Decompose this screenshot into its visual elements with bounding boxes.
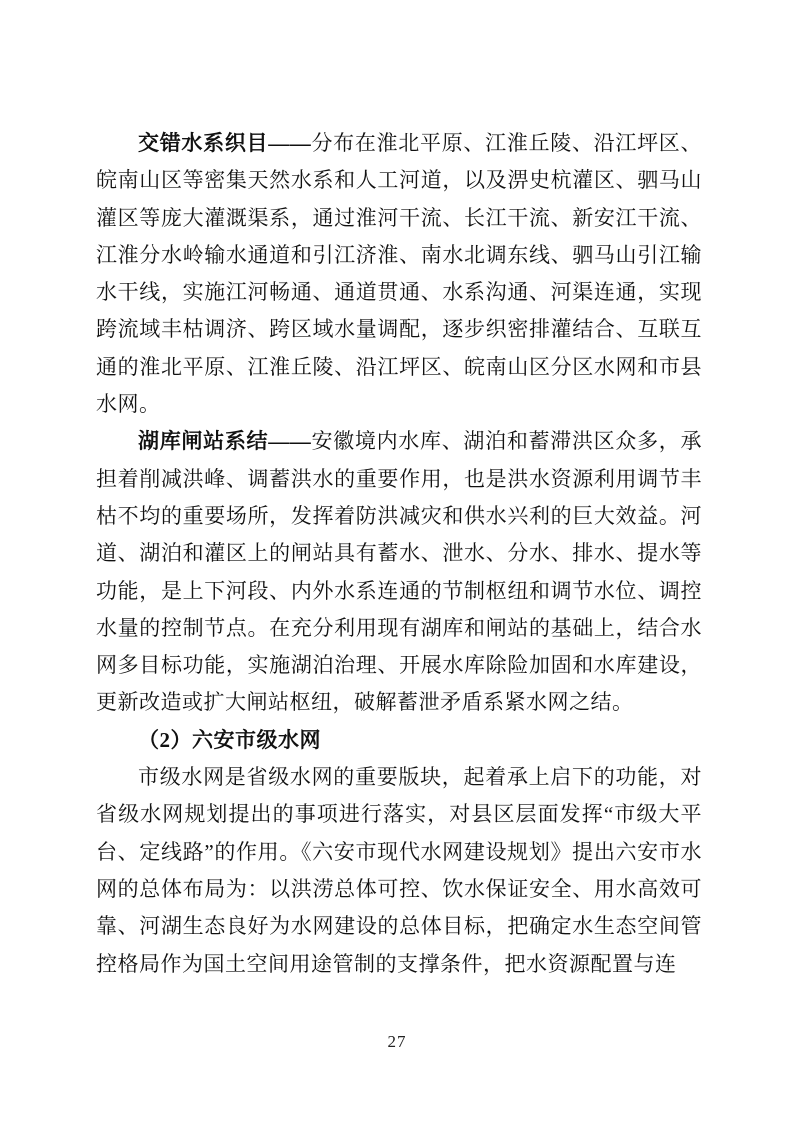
paragraph-lead-bold: 交错水系织目——: [138, 131, 311, 155]
paragraph-text: 安徽境内水库、湖泊和蓄滞洪区众多，承担着削减洪峰、调蓄洪水的重要作用，也是洪水资…: [96, 429, 702, 714]
paragraph-lead-bold: 湖库闸站系结——: [138, 429, 311, 453]
section-heading-luan-city-water-network: （2）六安市级水网: [96, 722, 702, 759]
document-body: 交错水系织目——分布在淮北平原、江淮丘陵、沿江坪区、皖南山区等密集天然水系和人工…: [96, 125, 702, 983]
paragraph-jiaocuo-shuixi: 交错水系织目——分布在淮北平原、江淮丘陵、沿江坪区、皖南山区等密集天然水系和人工…: [96, 125, 702, 423]
paragraph-text: 市级水网是省级水网的重要版块，起着承上启下的功能，对省级水网规划提出的事项进行落…: [96, 765, 702, 975]
paragraph-huku-zhazhan: 湖库闸站系结——安徽境内水库、湖泊和蓄滞洪区众多，承担着削减洪峰、调蓄洪水的重要…: [96, 423, 702, 721]
page-number: 27: [0, 1032, 794, 1052]
paragraph-text: 分布在淮北平原、江淮丘陵、沿江坪区、皖南山区等密集天然水系和人工河道，以及淠史杭…: [96, 131, 702, 416]
document-page: 交错水系织目——分布在淮北平原、江淮丘陵、沿江坪区、皖南山区等密集天然水系和人工…: [0, 0, 794, 1122]
paragraph-shiji-shuiwang: 市级水网是省级水网的重要版块，起着承上启下的功能，对省级水网规划提出的事项进行落…: [96, 759, 702, 983]
